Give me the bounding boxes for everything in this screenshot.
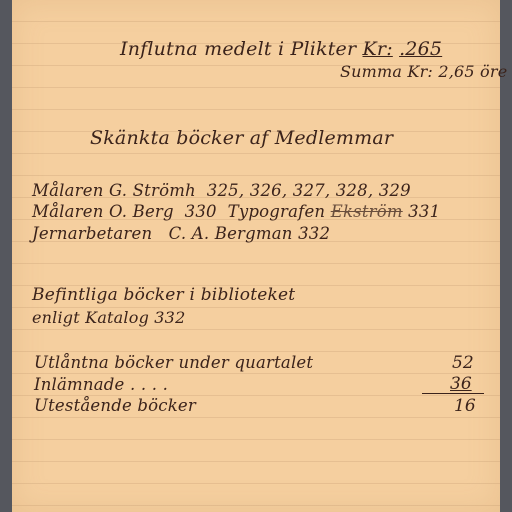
sum-line: Summa Kr: 2,65 öre <box>340 62 507 81</box>
donor: Målaren O. Berg <box>32 202 174 221</box>
income-label: Influtna medelt i Plikter <box>120 38 356 60</box>
outstanding-label: Utestående böcker <box>34 396 196 415</box>
sum-rule <box>422 393 484 394</box>
income-amount: .265 <box>399 38 442 60</box>
donation-row: Målaren G. Strömh 325, 326, 327, 328, 32… <box>32 181 411 200</box>
donation-row: Jernarbetaren C. A. Bergman 332 <box>32 224 330 243</box>
donor: Jernarbetaren <box>32 224 152 243</box>
donation-row: Målaren O. Berg 330 Typografen Ekström 3… <box>32 202 440 221</box>
sum-label: Summa Kr: <box>340 62 433 81</box>
book-numbers: C. A. Bergman 332 <box>169 224 331 243</box>
second-donor: Typografen <box>228 202 326 221</box>
library-line-2: enligt Katalog 332 <box>32 308 185 327</box>
loans-label: Utlåntna böcker under quartalet <box>34 353 313 372</box>
book-numbers: 325, 326, 327, 328, 329 <box>207 181 411 200</box>
income-line: Influtna medelt i Plikter Kr: .265 <box>120 38 442 60</box>
struck-text: Ekström <box>331 202 403 221</box>
ledger-page: Influtna medelt i Plikter Kr: .265 Summa… <box>12 0 500 512</box>
returned-value: 36 <box>450 374 472 394</box>
book-numbers: 330 <box>185 202 217 221</box>
sum-value: 2,65 öre <box>438 62 507 81</box>
returned-label: Inlämnade . . . . <box>34 375 168 394</box>
outstanding-value: 16 <box>454 396 476 416</box>
income-currency: Kr: <box>363 38 393 60</box>
donor: Målaren G. Strömh <box>32 181 196 200</box>
second-book-number: 331 <box>408 202 440 221</box>
library-line-1: Befintliga böcker i biblioteket <box>32 285 295 305</box>
loans-value: 52 <box>452 353 474 373</box>
donated-books-heading: Skänkta böcker af Medlemmar <box>90 127 393 149</box>
